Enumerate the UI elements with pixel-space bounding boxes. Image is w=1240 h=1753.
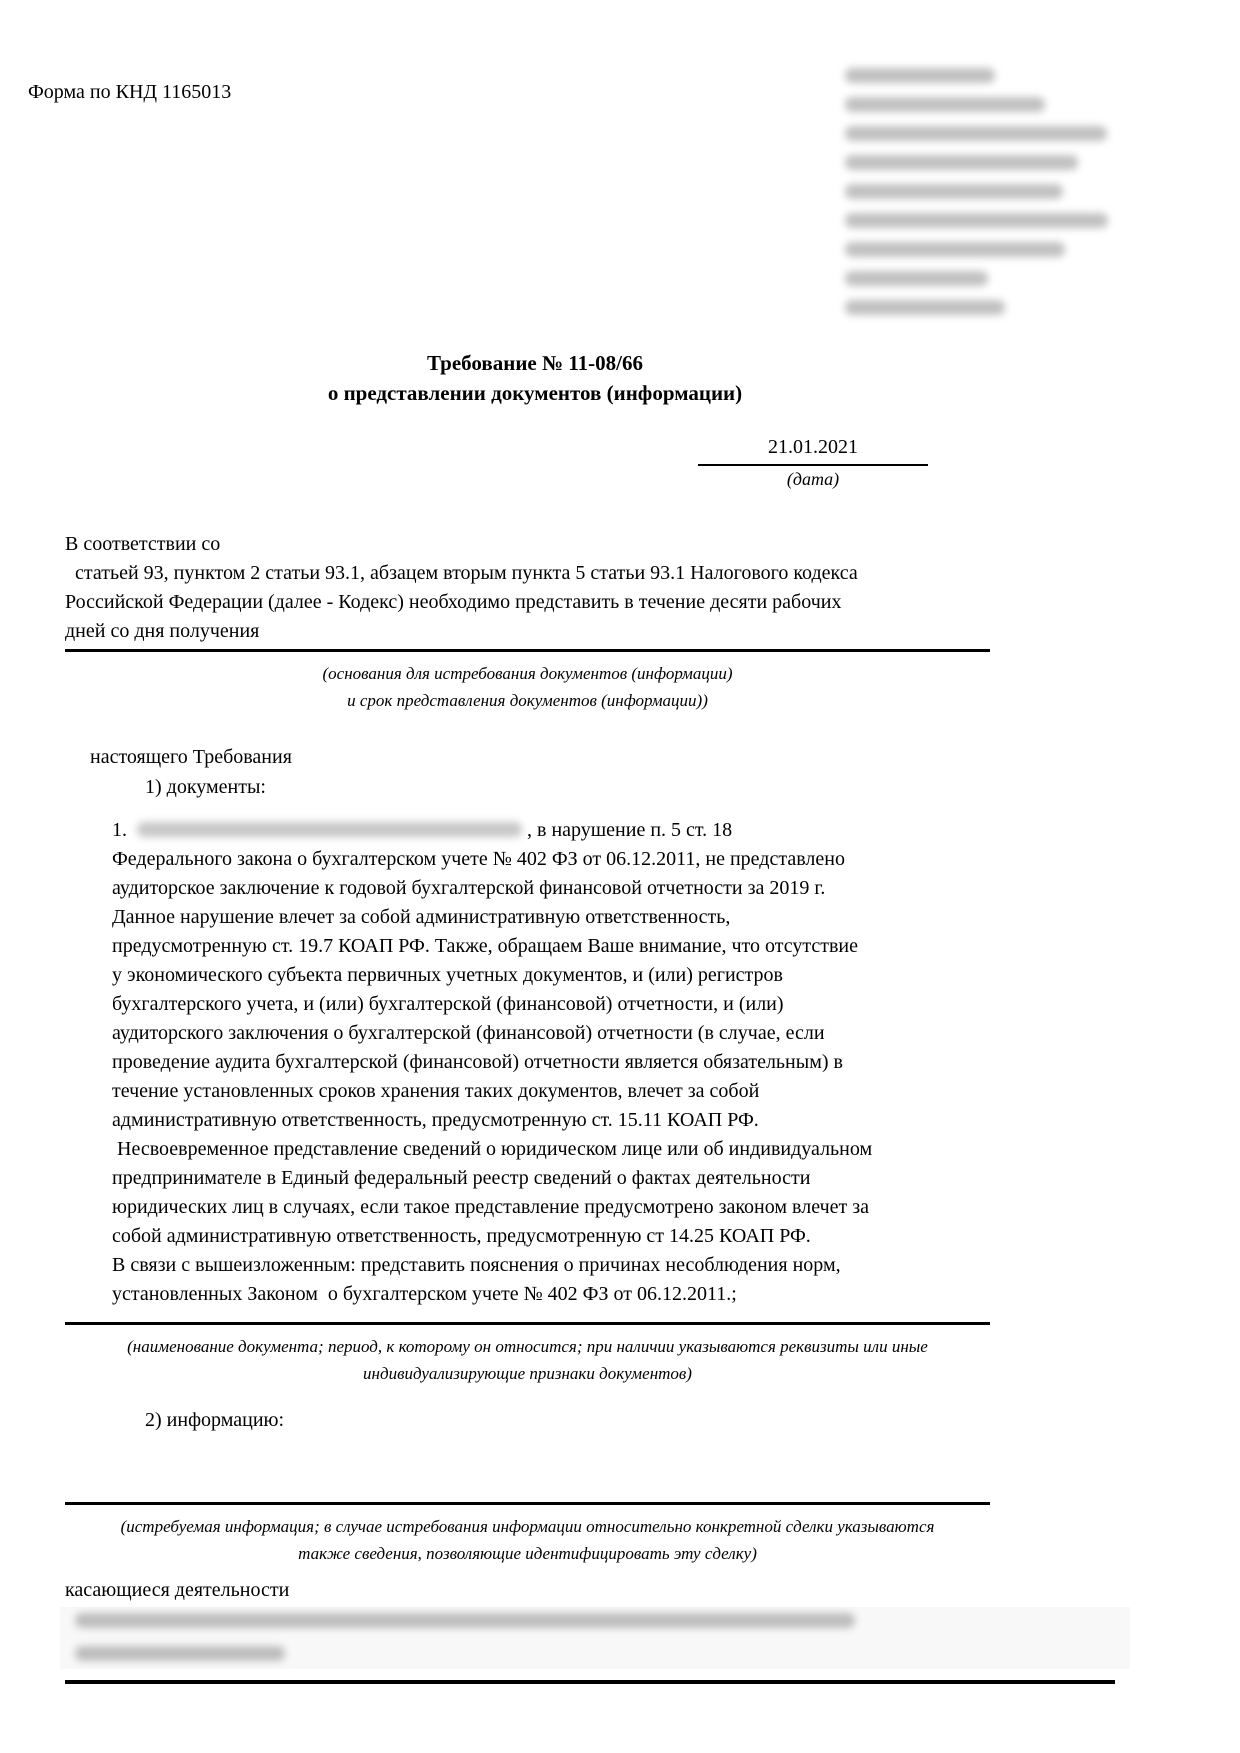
redacted-line [845, 242, 1065, 257]
separator-rule-final [65, 1680, 1115, 1684]
separator-rule-basis [65, 649, 990, 652]
intro-line: В соответствии со [65, 530, 995, 559]
intro-line: дней со дня получения [65, 617, 995, 646]
basis-caption: (основания для истребования документов (… [65, 660, 990, 714]
documents-caption-line: индивидуализирующие признаки документов) [65, 1360, 990, 1387]
redacted-line [845, 155, 1078, 170]
paragraph-line: Данное нарушение влечет за собой админис… [112, 903, 972, 932]
redacted-line [845, 97, 1045, 112]
date-block: 21.01.2021 (дата) [698, 434, 928, 492]
paragraph-line: Несвоевременное представление сведений о… [112, 1135, 972, 1164]
information-caption: (истребуемая информация; в случае истреб… [65, 1513, 990, 1567]
document-subtitle: о представлении документов (информации) [0, 378, 1070, 408]
paragraph-line: В связи с вышеизложенным: представить по… [112, 1251, 972, 1280]
redacted-line [845, 68, 995, 83]
basis-caption-line: (основания для истребования документов (… [65, 660, 990, 687]
separator-rule-documents [65, 1322, 990, 1325]
intro-line: статьей 93, пунктом 2 статьи 93.1, абзац… [65, 559, 995, 588]
redacted-line [845, 300, 1005, 315]
paragraph-line: течение установленных сроков хранения та… [112, 1077, 972, 1106]
paragraph-line: бухгалтерского учета, и (или) бухгалтерс… [112, 990, 972, 1019]
paragraph-line: собой административную ответственность, … [112, 1222, 972, 1251]
paragraph-line: предусмотренную ст. 19.7 КОАП РФ. Также,… [112, 932, 972, 961]
paragraph-line: Федерального закона о бухгалтерском учет… [112, 845, 972, 874]
paragraph-line: административную ответственность, предус… [112, 1106, 972, 1135]
paragraph-line: установленных Законом о бухгалтерском уч… [112, 1280, 972, 1309]
activity-label: касающиеся деятельности [65, 1576, 1240, 1605]
paragraph-line: аудиторского заключения о бухгалтерской … [112, 1019, 972, 1048]
paragraph-item-number: 1. [112, 819, 132, 841]
item-2-label: 2) информацию: [145, 1406, 1240, 1435]
document-title-block: Требование № 11-08/66 о представлении до… [0, 348, 1070, 408]
documents-paragraph: 1. , в нарушение п. 5 ст. 18 Федеральног… [112, 816, 972, 1309]
redacted-line [75, 1613, 855, 1628]
paragraph-line: аудиторское заключение к годовой бухгалт… [112, 874, 972, 903]
document-page: Форма по КНД 1165013 Требование № 11-08/… [0, 0, 1240, 1753]
separator-rule-information [65, 1502, 990, 1505]
redacted-line [845, 271, 988, 286]
information-caption-line: также сведения, позволяющие идентифициро… [65, 1540, 990, 1567]
redacted-line [75, 1646, 285, 1661]
paragraph-line: предпринимателе в Единый федеральный рее… [112, 1164, 972, 1193]
paragraph-line: у экономического субъекта первичных учет… [112, 961, 972, 990]
requirement-lead: настоящего Требования [90, 743, 1240, 772]
intro-line: Российской Федерации (далее - Кодекс) не… [65, 588, 995, 617]
redacted-line [845, 184, 1063, 199]
redacted-line [845, 126, 1107, 141]
item-1-label: 1) документы: [145, 773, 1240, 802]
redacted-organization-name [137, 822, 522, 837]
paragraph-line: проведение аудита бухгалтерской (финансо… [112, 1048, 972, 1077]
documents-caption-line: (наименование документа; период, к котор… [65, 1333, 990, 1360]
activity-redacted-block [60, 1607, 1130, 1669]
date-caption: (дата) [698, 466, 928, 492]
redacted-line [845, 213, 1108, 228]
recipient-redacted-block [845, 68, 1115, 329]
basis-caption-line: и срок представления документов (информа… [65, 687, 990, 714]
information-caption-line: (истребуемая информация; в случае истреб… [65, 1513, 990, 1540]
paragraph-line-with-redaction: 1. , в нарушение п. 5 ст. 18 [112, 816, 972, 845]
intro-paragraph: В соответствии со статьей 93, пунктом 2 … [65, 530, 995, 646]
paragraph-line-tail: , в нарушение п. 5 ст. 18 [527, 819, 732, 841]
document-title: Требование № 11-08/66 [0, 348, 1070, 378]
date-value: 21.01.2021 [698, 434, 928, 460]
paragraph-line: юридических лиц в случаях, если такое пр… [112, 1193, 972, 1222]
documents-caption: (наименование документа; период, к котор… [65, 1333, 990, 1387]
